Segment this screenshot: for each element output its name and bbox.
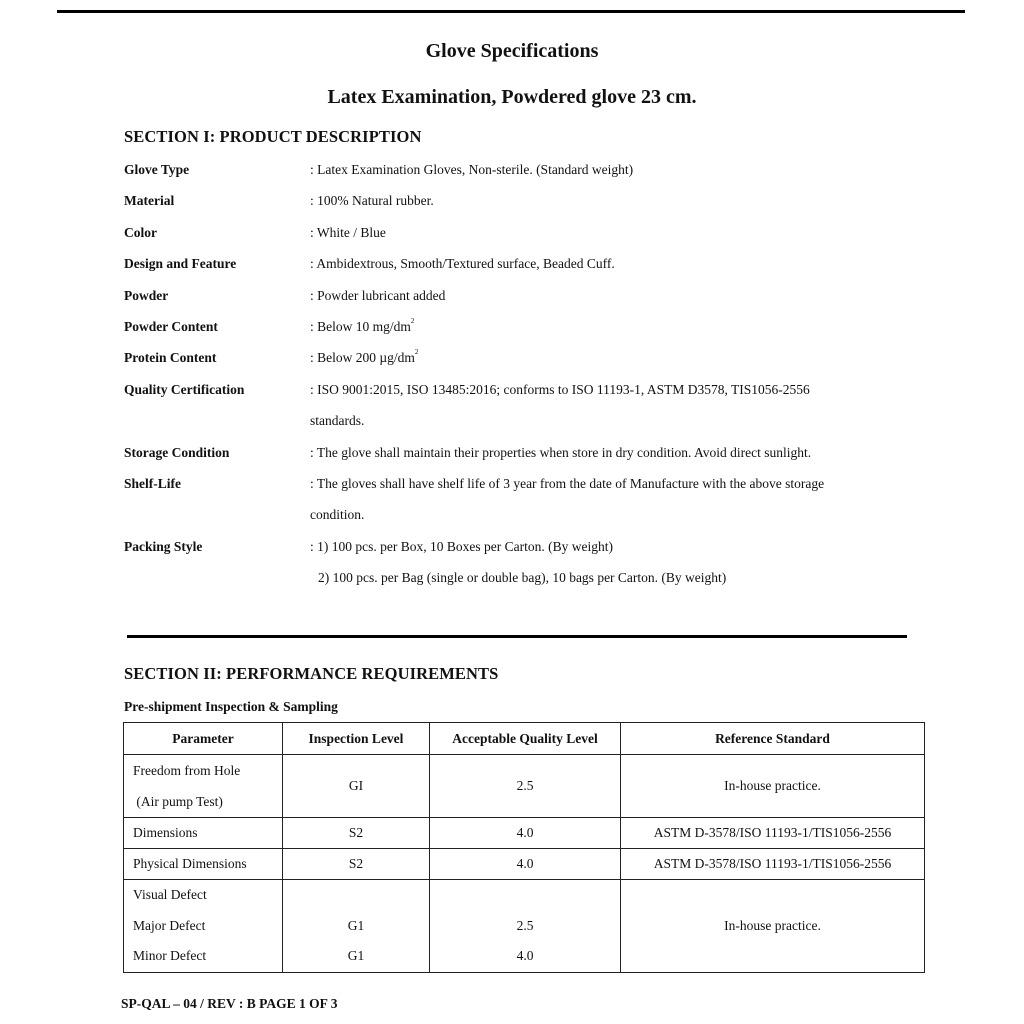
cell-aql: 2.5 xyxy=(430,755,621,818)
cell-reference: ASTM D-3578/ISO 11193-1/TIS1056-2556 xyxy=(621,818,925,849)
spec-row: Quality Certification: ISO 9001:2015, IS… xyxy=(124,380,924,411)
spec-label: Powder Content xyxy=(124,317,310,348)
cell-aql: 2.5 4.0 xyxy=(430,880,621,973)
page-footer: SP-QAL – 04 / REV : B PAGE 1 OF 3 xyxy=(121,996,338,1012)
spec-label: Design and Feature xyxy=(124,254,310,285)
header-reference-standard: Reference Standard xyxy=(621,723,925,755)
cell-reference: ASTM D-3578/ISO 11193-1/TIS1056-2556 xyxy=(621,849,925,880)
spec-value: : The glove shall maintain their propert… xyxy=(310,443,924,474)
table-row: Visual Defect Major Defect Minor Defect … xyxy=(124,880,925,973)
cell-parameter: Dimensions xyxy=(124,818,283,849)
cell-reference: In-house practice. xyxy=(621,755,925,818)
spec-value: : White / Blue xyxy=(310,223,924,254)
table-row: Dimensions S2 4.0 ASTM D-3578/ISO 11193-… xyxy=(124,818,925,849)
spec-value-continuation: standards. xyxy=(310,411,924,442)
spec-row-continuation: standards. xyxy=(124,411,924,442)
spec-value-continuation: condition. xyxy=(310,505,924,536)
spec-value: : Ambidextrous, Smooth/Textured surface,… xyxy=(310,254,924,285)
cell-inspection-level: GI xyxy=(283,755,430,818)
header-aql: Acceptable Quality Level xyxy=(430,723,621,755)
product-description-list: Glove Type: Latex Examination Gloves, No… xyxy=(124,160,924,599)
cell-inspection-level: S2 xyxy=(283,818,430,849)
cell-reference: In-house practice. xyxy=(621,880,925,973)
spec-row: Protein Content: Below 200 µg/dm2 xyxy=(124,348,924,379)
table-row: Physical Dimensions S2 4.0 ASTM D-3578/I… xyxy=(124,849,925,880)
document-subtitle: Latex Examination, Powdered glove 23 cm. xyxy=(0,86,1024,109)
spec-label: Packing Style xyxy=(124,537,310,568)
spec-value: : Below 10 mg/dm2 xyxy=(310,317,924,348)
spec-label: Storage Condition xyxy=(124,443,310,474)
spec-row: Shelf-Life: The gloves shall have shelf … xyxy=(124,474,924,505)
spec-row: Color: White / Blue xyxy=(124,223,924,254)
cell-parameter: Freedom from Hole (Air pump Test) xyxy=(124,755,283,818)
spec-label: Powder xyxy=(124,286,310,317)
cell-aql: 4.0 xyxy=(430,849,621,880)
spec-value: : The gloves shall have shelf life of 3 … xyxy=(310,474,924,505)
table-row: Freedom from Hole (Air pump Test) GI 2.5… xyxy=(124,755,925,818)
spec-label: Material xyxy=(124,191,310,222)
section-divider xyxy=(127,635,907,638)
spec-row: Storage Condition: The glove shall maint… xyxy=(124,443,924,474)
spec-value: : 1) 100 pcs. per Box, 10 Boxes per Cart… xyxy=(310,537,924,568)
cell-inspection-level: S2 xyxy=(283,849,430,880)
spec-row: Packing Style: 1) 100 pcs. per Box, 10 B… xyxy=(124,537,924,568)
cell-aql: 4.0 xyxy=(430,818,621,849)
spec-label: Protein Content xyxy=(124,348,310,379)
spec-row-continuation: condition. xyxy=(124,505,924,536)
header-parameter: Parameter xyxy=(124,723,283,755)
table-header-row: Parameter Inspection Level Acceptable Qu… xyxy=(124,723,925,755)
spec-label: Glove Type xyxy=(124,160,310,191)
spec-value-continuation: 2) 100 pcs. per Bag (single or double ba… xyxy=(310,568,924,599)
cell-inspection-level: G1 G1 xyxy=(283,880,430,973)
superscript: 2 xyxy=(411,317,415,325)
spec-value: : 100% Natural rubber. xyxy=(310,191,924,222)
spec-value: : Latex Examination Gloves, Non-sterile.… xyxy=(310,160,924,191)
section1-heading: SECTION I: PRODUCT DESCRIPTION xyxy=(124,127,421,147)
document-title: Glove Specifications xyxy=(0,40,1024,63)
spec-value: : ISO 9001:2015, ISO 13485:2016; conform… xyxy=(310,380,924,411)
spec-row: Powder Content: Below 10 mg/dm2 xyxy=(124,317,924,348)
spec-row: Material: 100% Natural rubber. xyxy=(124,191,924,222)
cell-parameter: Physical Dimensions xyxy=(124,849,283,880)
top-rule xyxy=(57,10,965,13)
spec-row: Design and Feature: Ambidextrous, Smooth… xyxy=(124,254,924,285)
spec-value: : Below 200 µg/dm2 xyxy=(310,348,924,379)
section2-heading: SECTION II: PERFORMANCE REQUIREMENTS xyxy=(124,664,498,684)
spec-label: Shelf-Life xyxy=(124,474,310,505)
inspection-subheading: Pre-shipment Inspection & Sampling xyxy=(124,699,338,715)
cell-parameter: Visual Defect Major Defect Minor Defect xyxy=(124,880,283,973)
spec-label: Color xyxy=(124,223,310,254)
spec-value: : Powder lubricant added xyxy=(310,286,924,317)
spec-label: Quality Certification xyxy=(124,380,310,411)
spec-row-continuation: 2) 100 pcs. per Bag (single or double ba… xyxy=(124,568,924,599)
spec-row: Glove Type: Latex Examination Gloves, No… xyxy=(124,160,924,191)
spec-row: Powder: Powder lubricant added xyxy=(124,286,924,317)
superscript: 2 xyxy=(415,348,419,356)
header-inspection-level: Inspection Level xyxy=(283,723,430,755)
performance-table: Parameter Inspection Level Acceptable Qu… xyxy=(123,722,925,973)
